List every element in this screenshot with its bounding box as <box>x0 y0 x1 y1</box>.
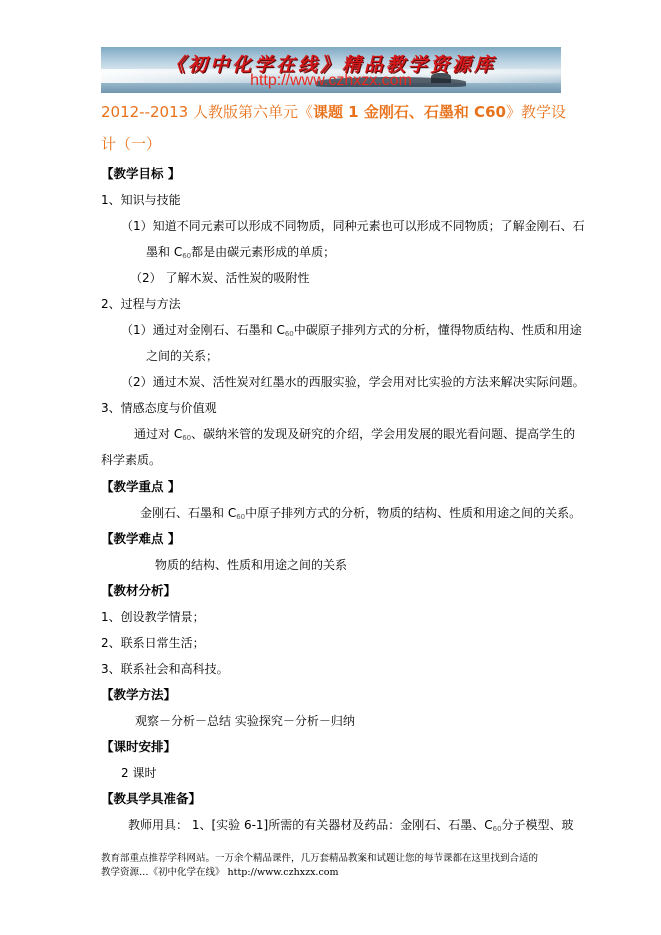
subscript: 60 <box>182 434 191 442</box>
text: 中碳原子排列方式的分析，懂得物质结构、性质和用途 <box>294 323 582 337</box>
title-bold: 课题 1 金刚石、石墨和 C60 <box>313 103 506 121</box>
analysis-item: 3、联系社会和高科技。 <box>101 661 229 677</box>
objective-process-item2: （2）通过木炭、活性炭对红墨水的西服实验，学会用对比实验的方法来解决实际问题。 <box>121 374 585 390</box>
objective-knowledge-item1: （1）知道不同元素可以形成不同物质，同种元素也可以形成不同物质；了解金刚石、石 <box>121 218 585 234</box>
analysis-item: 1、创设教学情景； <box>101 609 205 625</box>
equipment-text: 教师用具： 1、[实验 6-1]所需的有关器材及药品：金刚石、石墨、C60分子模… <box>128 817 574 837</box>
text: 分子模型、玻 <box>502 818 574 832</box>
key-points-text: 金刚石、石墨和 C60中原子排列方式的分析，物质的结构、性质和用途之间的关系。 <box>140 505 581 525</box>
footer-line2: 教学资源…《初中化学在线》 http://www.czhxzx.com <box>101 866 571 880</box>
section-heading-analysis: 【教材分析】 <box>101 583 176 599</box>
methods-text: 观察－分析－总结 实验探究－分析－归纳 <box>135 713 355 729</box>
title-prefix: 2012--2013 人教版第六单元《 <box>101 103 313 121</box>
footer-site-name: 教学资源…《初中化学在线》 <box>101 867 225 878</box>
section-heading-schedule: 【课时安排】 <box>101 739 176 755</box>
objective-knowledge-label: 1、知识与技能 <box>101 192 181 208</box>
objective-process-item1-cont: 之间的关系； <box>146 348 218 364</box>
document-title: 2012--2013 人教版第六单元《课题 1 金刚石、石墨和 C60》教学设 <box>101 102 571 122</box>
text: 通过对 C <box>134 427 182 441</box>
footer-line1: 教育部重点推荐学科网站。一万余个精品课件，几万套精品教案和试题让您的每节课都在这… <box>101 852 571 866</box>
text: （1）通过对金刚石、石墨和 C <box>121 323 285 337</box>
analysis-item: 2、联系日常生活； <box>101 635 205 651</box>
subscript: 60 <box>493 825 502 833</box>
difficulties-text: 物质的结构、性质和用途之间的关系 <box>155 557 347 573</box>
site-banner: 《初中化学在线》精品教学资源库 http://www.czhxzx.com <box>101 47 561 93</box>
subscript: 60 <box>182 252 191 260</box>
objective-process-label: 2、过程与方法 <box>101 296 181 312</box>
section-heading-methods: 【教学方法】 <box>101 687 176 703</box>
text: 、碳纳米管的发现及研究的介绍，学会用发展的眼光看问题、提高学生的 <box>191 427 575 441</box>
section-heading-difficulties: 【教学难点 】 <box>101 531 180 547</box>
objective-knowledge-item2: （2） 了解木炭、活性炭的吸附性 <box>130 270 309 286</box>
section-heading-objectives: 【教学目标 】 <box>101 166 180 182</box>
text: 中原子排列方式的分析，物质的结构、性质和用途之间的关系。 <box>245 506 581 520</box>
schedule-text: 2 课时 <box>121 765 156 781</box>
objective-knowledge-item1-cont: 墨和 C60都是由碳元素形成的单质； <box>146 244 335 264</box>
text: 教师用具： 1、[实验 6-1]所需的有关器材及药品：金刚石、石墨、C <box>128 818 493 832</box>
title-suffix: 》教学设 <box>506 103 566 121</box>
section-heading-key-points: 【教学重点 】 <box>101 479 180 495</box>
objective-attitude-text: 通过对 C60、碳纳米管的发现及研究的介绍，学会用发展的眼光看问题、提高学生的 <box>134 426 575 446</box>
subscript: 60 <box>285 330 294 338</box>
banner-url[interactable]: http://www.czhxzx.com <box>101 72 561 90</box>
section-heading-equipment: 【教具学具准备】 <box>101 791 201 807</box>
text: 金刚石、石墨和 C <box>140 506 236 520</box>
text: 都是由碳元素形成的单质； <box>191 245 335 259</box>
objective-attitude-text-cont: 科学素质。 <box>101 452 161 468</box>
subscript: 60 <box>236 513 245 521</box>
text: 墨和 C <box>146 245 182 259</box>
page-footer: 教育部重点推荐学科网站。一万余个精品课件，几万套精品教案和试题让您的每节课都在这… <box>101 852 571 880</box>
footer-url-link[interactable]: http://www.czhxzx.com <box>228 867 339 878</box>
document-title-line2: 计（一） <box>101 134 571 154</box>
objective-attitude-label: 3、情感态度与价值观 <box>101 400 217 416</box>
objective-process-item1: （1）通过对金刚石、石墨和 C60中碳原子排列方式的分析，懂得物质结构、性质和用… <box>121 322 582 342</box>
